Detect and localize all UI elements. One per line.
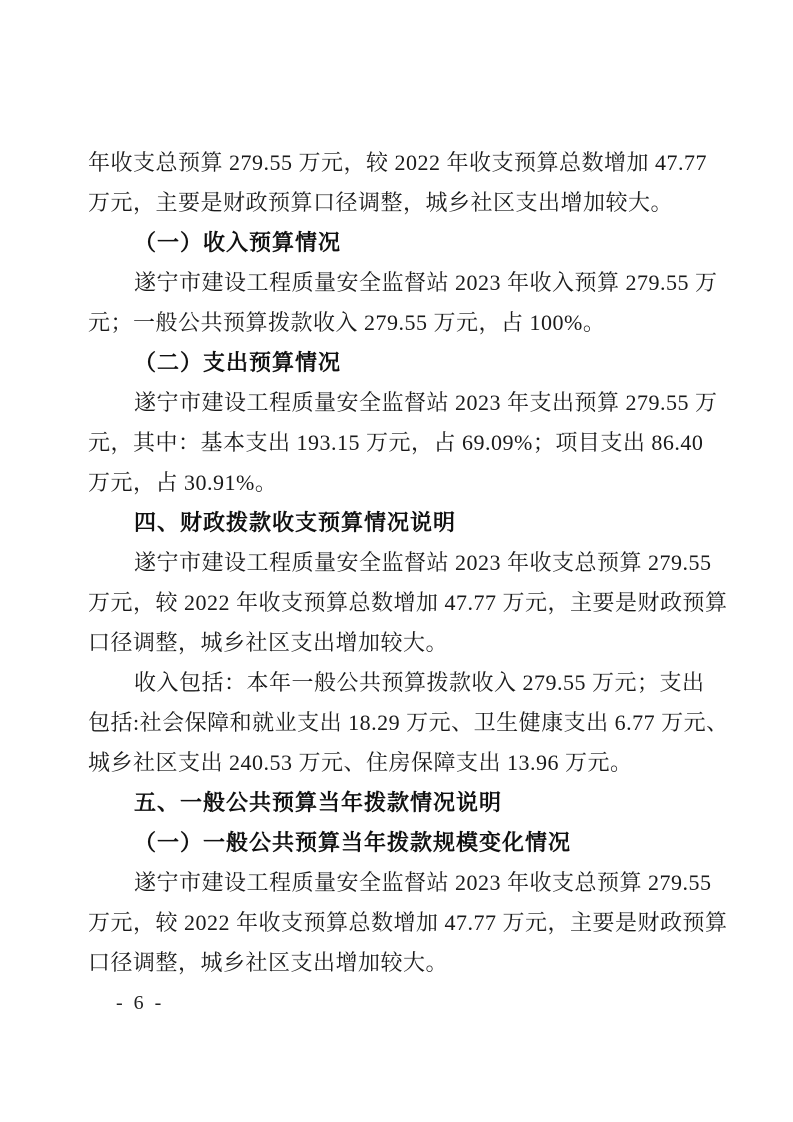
subsection-heading-expenditure: （二）支出预算情况 xyxy=(88,343,743,383)
body-line: 包括:社会保障和就业支出 18.29 万元、卫生健康支出 6.77 万元、 xyxy=(88,703,743,743)
section-heading-5: 五、一般公共预算当年拨款情况说明 xyxy=(88,783,743,823)
body-line: 城乡社区支出 240.53 万元、住房保障支出 13.96 万元。 xyxy=(88,743,743,783)
body-line: 遂宁市建设工程质量安全监督站 2023 年收入预算 279.55 万 xyxy=(88,263,743,303)
subsection-heading-scale-change: （一）一般公共预算当年拨款规模变化情况 xyxy=(88,823,743,863)
body-line: 万元，主要是财政预算口径调整，城乡社区支出增加较大。 xyxy=(88,183,743,223)
body-line: 遂宁市建设工程质量安全监督站 2023 年支出预算 279.55 万 xyxy=(88,383,743,423)
body-line: 元；一般公共预算拨款收入 279.55 万元，占 100%。 xyxy=(88,303,743,343)
body-line: 万元，较 2022 年收支预算总数增加 47.77 万元，主要是财政预算 xyxy=(88,903,743,943)
subsection-heading-income: （一）收入预算情况 xyxy=(88,223,743,263)
body-line: 遂宁市建设工程质量安全监督站 2023 年收支总预算 279.55 xyxy=(88,543,743,583)
page-number: - 6 - xyxy=(88,983,743,1023)
document-body: 年收支总预算 279.55 万元，较 2022 年收支预算总数增加 47.77 … xyxy=(88,143,743,1023)
body-line: 万元，占 30.91%。 xyxy=(88,463,743,503)
document-page: 年收支总预算 279.55 万元，较 2022 年收支预算总数增加 47.77 … xyxy=(0,0,793,1122)
section-heading-4: 四、财政拨款收支预算情况说明 xyxy=(88,503,743,543)
body-line: 口径调整，城乡社区支出增加较大。 xyxy=(88,943,743,983)
body-line: 元，其中：基本支出 193.15 万元，占 69.09%；项目支出 86.40 xyxy=(88,423,743,463)
body-line: 收入包括：本年一般公共预算拨款收入 279.55 万元；支出 xyxy=(88,663,743,703)
body-line: 万元，较 2022 年收支预算总数增加 47.77 万元，主要是财政预算 xyxy=(88,583,743,623)
body-line: 遂宁市建设工程质量安全监督站 2023 年收支总预算 279.55 xyxy=(88,863,743,903)
body-line: 年收支总预算 279.55 万元，较 2022 年收支预算总数增加 47.77 xyxy=(88,143,743,183)
body-line: 口径调整，城乡社区支出增加较大。 xyxy=(88,623,743,663)
